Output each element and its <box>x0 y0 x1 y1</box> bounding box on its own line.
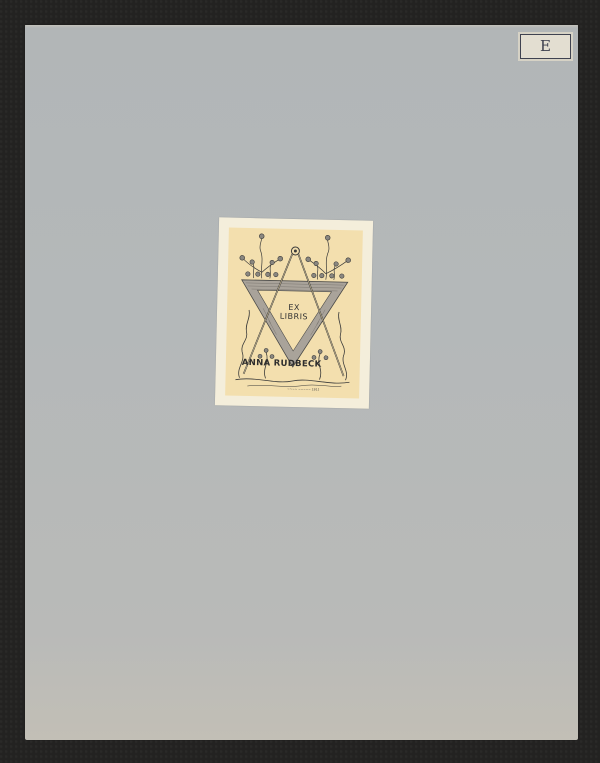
ex-libris-bookplate: EX LIBRIS ANNA RUDBECK ~~~~ ~~~~~ 1911 <box>215 217 373 408</box>
bookplate-print-area: EX LIBRIS ANNA RUDBECK ~~~~ ~~~~~ 1911 <box>225 228 363 399</box>
board-edge <box>25 25 578 28</box>
catalog-letter: E <box>540 39 551 54</box>
catalog-label-frame: E <box>520 34 571 59</box>
catalog-label: E <box>518 32 573 61</box>
mounting-board: E <box>25 25 578 740</box>
